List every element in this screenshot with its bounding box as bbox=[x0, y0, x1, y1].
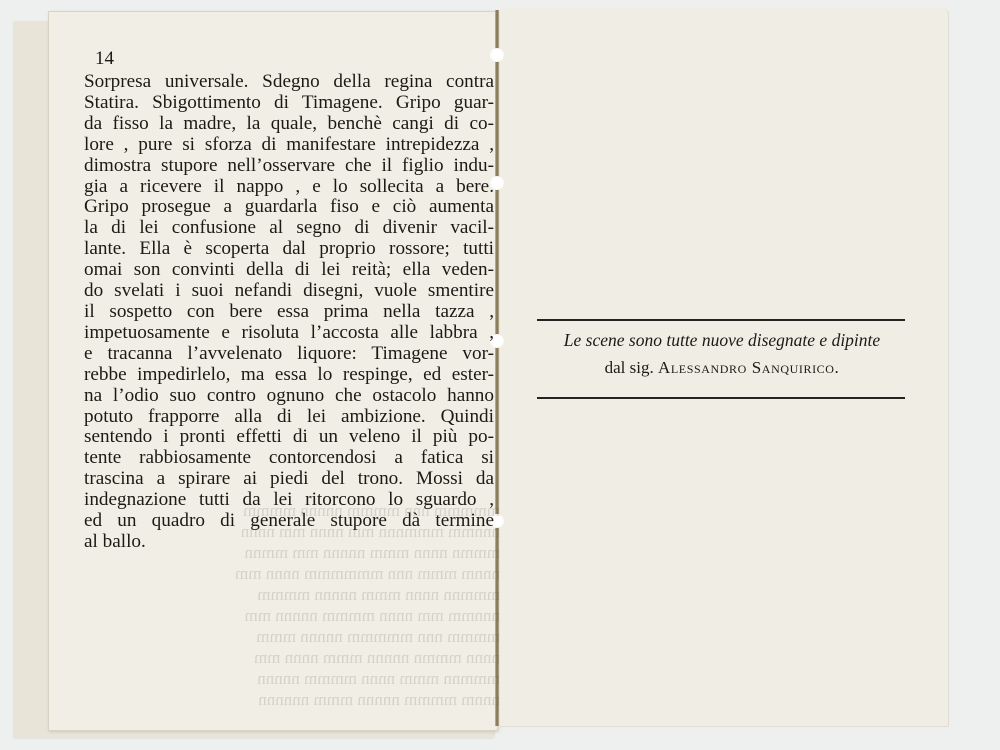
credit-prefix: dal sig. bbox=[605, 358, 658, 377]
text-line: la di lei confusione al segno di divenir… bbox=[84, 218, 494, 239]
text-line: Sorpresa universale. Sdegno della regina… bbox=[84, 72, 494, 93]
text-line: tente rabbiosamente contorcendosi a fati… bbox=[84, 448, 494, 469]
scenery-credit-name: dal sig. Alessandro Sanquirico. bbox=[527, 358, 917, 378]
text-line: da fisso la madre, la quale, benchè cang… bbox=[84, 114, 494, 135]
text-line: trascina a spirare ai piedi del trono. M… bbox=[84, 469, 494, 490]
text-line: sentendo i pronti effetti di un veleno i… bbox=[84, 427, 494, 448]
text-line: na l’odio suo contro ognuno che ostacolo… bbox=[84, 386, 494, 407]
text-line: omai son convinti della di lei reità; el… bbox=[84, 260, 494, 281]
text-line: Gripo prosegue a guardarla fiso e ciò au… bbox=[84, 197, 494, 218]
text-line: potuto frapporre alla di lei ambizione. … bbox=[84, 407, 494, 428]
text-line: indegnazione tutti da lei ritorcono lo s… bbox=[84, 490, 494, 511]
text-line: il sospetto con bere essa prima nella ta… bbox=[84, 302, 494, 323]
text-line: e tracanna l’avvelenato liquore: Timagen… bbox=[84, 344, 494, 365]
text-line: rebbe impedirlelo, ma essa lo respinge, … bbox=[84, 365, 494, 386]
artist-name: Alessandro Sanquirico. bbox=[658, 358, 839, 377]
text-line: gia a ricevere il nappo , e lo sollecita… bbox=[84, 177, 494, 198]
text-line: impetuosamente e risoluta l’accosta alle… bbox=[84, 323, 494, 344]
binding-hole bbox=[490, 48, 504, 62]
text-line: do svelati i suoi nefandi disegni, vuole… bbox=[84, 281, 494, 302]
page-number: 14 bbox=[95, 48, 114, 70]
scenery-credit-line: Le scene sono tutte nuove disegnate e di… bbox=[527, 330, 917, 351]
bottom-rule bbox=[537, 397, 905, 399]
text-line: lante. Ella è scoperta dal proprio rosso… bbox=[84, 239, 494, 260]
text-line: al ballo. bbox=[84, 532, 494, 553]
text-line: lore , pure si sforza di manifestare int… bbox=[84, 135, 494, 156]
text-line: Statira. Sbigottimento di Timagene. Grip… bbox=[84, 93, 494, 114]
text-line: dimostra stupore nell’osservare che il f… bbox=[84, 156, 494, 177]
text-line: ed un quadro di generale stupore dà term… bbox=[84, 511, 494, 532]
body-text: Sorpresa universale. Sdegno della regina… bbox=[84, 72, 494, 553]
top-rule bbox=[537, 319, 905, 321]
